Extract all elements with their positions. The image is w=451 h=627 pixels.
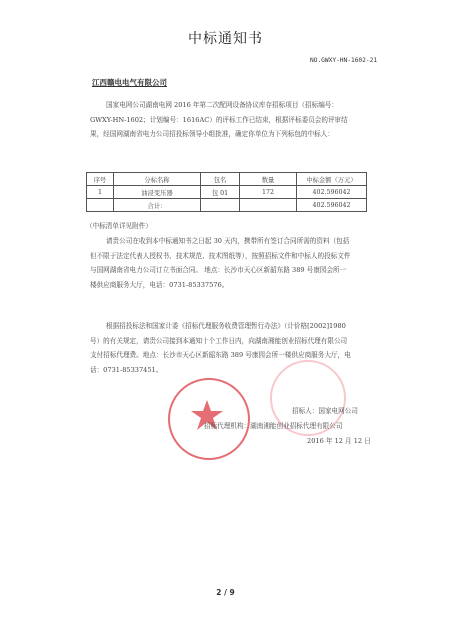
table-header-row: 序号 分标名称 包名 数量 中标金额（万元） [87, 173, 367, 186]
total-label: 合计： [114, 199, 201, 212]
document-page: 中标通知书 NO.GWXY-HN-1602-21 江西赣电电气有限公司 国家电网… [0, 0, 451, 627]
header-amount: 中标金额（万元） [297, 173, 367, 186]
document-number: NO.GWXY-HN-1602-21 [310, 57, 377, 64]
cell-lot-name: 油浸变压器 [114, 186, 201, 199]
header-package: 包名 [201, 173, 240, 186]
table-total-row: 合计： 402.596042 [87, 199, 367, 212]
cell-quantity: 172 [240, 186, 297, 199]
header-index: 序号 [87, 173, 114, 186]
cell-package: 包 01 [201, 186, 240, 199]
agency-signature: 招标代理机构：湖南湘能创业招标代理有限公司 [204, 420, 342, 430]
document-title: 中标通知书 [0, 28, 451, 48]
cell-index: 1 [87, 186, 114, 199]
tenderer-signature: 招标人：国家电网公司 [292, 405, 358, 415]
total-value: 402.596042 [297, 199, 367, 212]
recipient-company: 江西赣电电气有限公司 [92, 77, 167, 88]
page-indicator: 2 / 9 [0, 588, 451, 597]
cell-amount: 402.596042 [297, 186, 367, 199]
attachment-note: （中标清单详见附件） [86, 219, 348, 234]
award-paragraph: 国家电网公司湖南电网 2016 年第二次配网设备协议库存招标项目（招标编号：GW… [90, 98, 352, 142]
header-quantity: 数量 [240, 173, 297, 186]
signature-date: 2016 年 12 月 12 日 [307, 435, 371, 445]
award-table: 序号 分标名称 包名 数量 中标金额（万元） 1 油浸变压器 包 01 172 … [86, 172, 367, 212]
header-lot-name: 分标名称 [114, 173, 201, 186]
table-row: 1 油浸变压器 包 01 172 402.596042 [87, 186, 367, 199]
contract-paragraph: 请贵公司在收到本中标通知书之日起 30 天内，携带所有签订合同所需的资料（包括但… [90, 234, 352, 292]
